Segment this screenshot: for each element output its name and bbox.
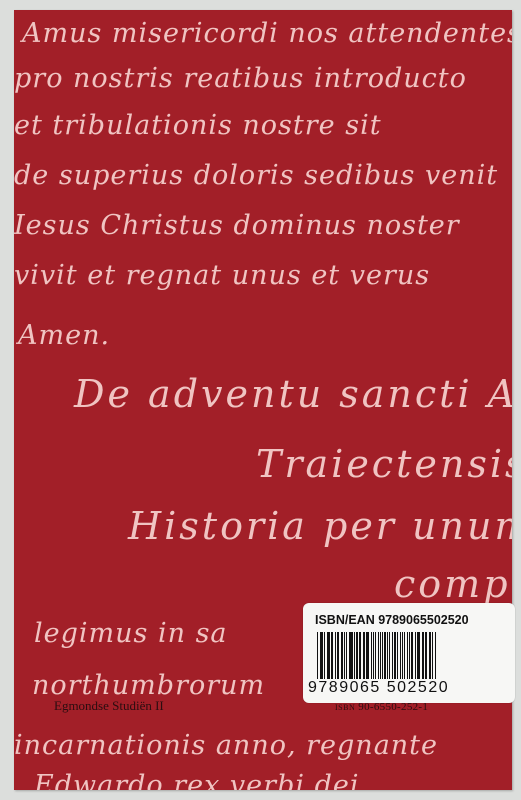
manuscript-line: Historia per unum m [128,504,512,548]
manuscript-line: Traiectensis [256,442,512,486]
series-title: Egmondse Studiën II [54,698,164,714]
manuscript-line: vivit et regnat unus et verus [14,260,430,291]
isbn-label: ISBN [335,703,355,712]
manuscript-line: legimus in sa [34,618,228,649]
manuscript-line: pro nostris reatibus introducto [14,63,467,94]
manuscript-line: Amen. [18,320,110,351]
manuscript-line: de superius doloris sedibus venit [14,160,498,191]
manuscript-line: Edwardo rex verbi dei [34,770,359,790]
isbn-ean-label: ISBN/EAN 9789065502520 [315,613,469,627]
manuscript-line: Amus misericordi nos attendentes [22,18,512,49]
manuscript-line: northumbrorum [32,670,265,701]
manuscript-line: Iesus Christus dominus noster [14,210,460,241]
barcode-digits: 9789065 502520 [306,679,451,697]
manuscript-line: compos [394,562,512,606]
manuscript-line: De adventu sancti A [74,372,512,416]
manuscript-line: incarnationis anno, regnante [14,730,438,761]
manuscript-line: et tribulationis nostre sit [14,110,382,141]
barcode-sticker: ISBN/EAN 9789065502520 9789065 502520 [303,603,515,703]
